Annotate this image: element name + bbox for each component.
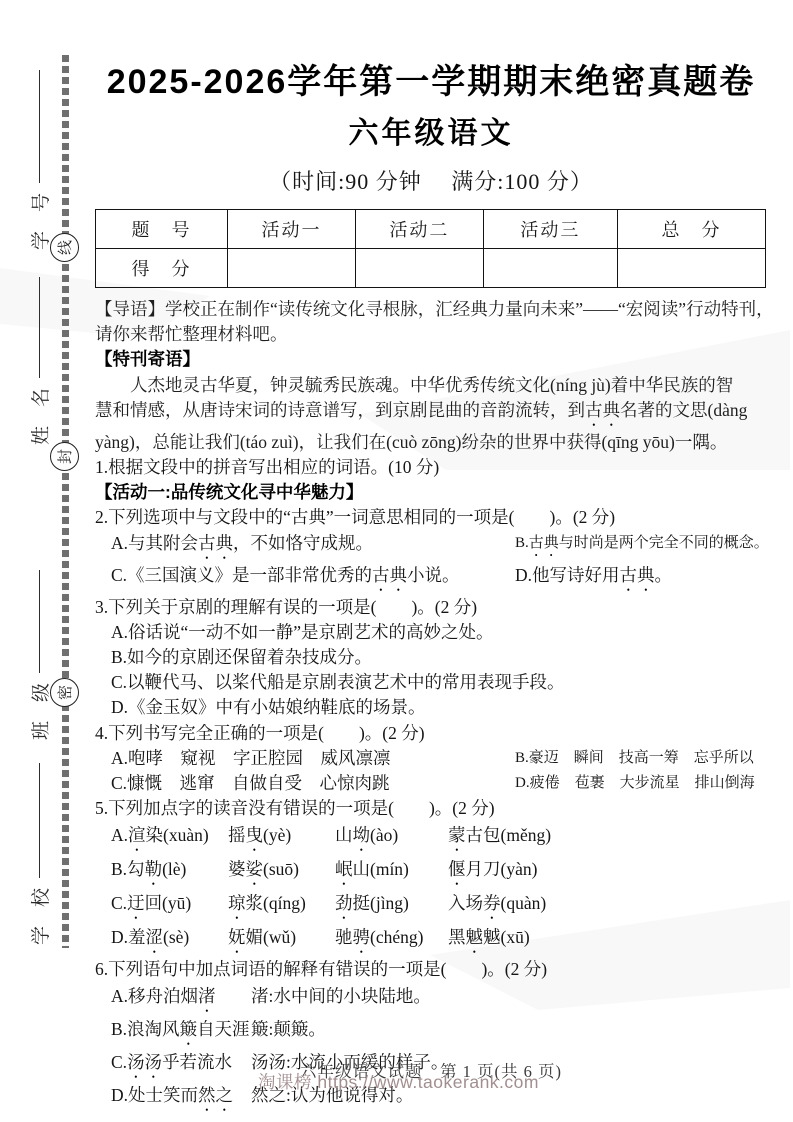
option-cell: A.渲染(xuàn) <box>111 821 228 855</box>
emphasized-text: 偃 <box>448 859 466 879</box>
text-segment: 古包(měng) <box>466 825 552 845</box>
option-cell: 簸:颠簸。 <box>251 1016 767 1049</box>
option-line: C.慷慨 逃窜 自做自受 心惊肉跳D.疲倦 苞裹 大步流星 排山倒海 <box>95 771 767 796</box>
activity-heading: 【活动一:品传统文化寻中华魅力】 <box>95 480 767 505</box>
emphasized-text: 簸 <box>180 1019 198 1039</box>
option-cell: 岷山(mín) <box>335 855 448 889</box>
text-segment: 簸:颠簸。 <box>251 1019 326 1039</box>
seal-char: 线 <box>54 240 75 255</box>
text-segment: 小说。 <box>407 565 460 585</box>
text-segment: 2.下列选项中与文段中的“古典”一词意思相同的一项是( )。(2 分) <box>95 507 615 527</box>
emphasized-text: 岷 <box>335 859 353 879</box>
option-line: D.《金玉奴》中有小姑娘纳鞋底的场景。 <box>95 695 767 720</box>
text-segment: 婆 <box>228 859 246 879</box>
option-cell: 黑魆魆(xū) <box>448 923 767 957</box>
margin-label-text: 学 号 <box>26 193 53 250</box>
option-line: B.勾勒(lè)婆娑(suō)岷山(mín)偃月刀(yàn) <box>95 855 767 889</box>
text-segment: A. <box>111 825 128 845</box>
option-cell: 偃月刀(yàn) <box>448 855 767 889</box>
text-segment: D.疲倦 苞裹 大步流星 排山倒海 <box>515 775 755 791</box>
text-segment: B. <box>515 535 529 551</box>
text-segment: 挺(jìng) <box>353 893 409 913</box>
option-cell: A.与其附会古典，不如恪守成规。 <box>111 531 515 563</box>
text-segment: (yè) <box>263 825 291 845</box>
text-segment: 4.下列书写完全正确的一项是( )。(2 分) <box>95 723 425 743</box>
emphasized-text: 渲 <box>128 825 146 845</box>
score-table-header-cell: 活动一 <box>227 210 355 249</box>
text-segment: D.他写诗好用 <box>515 565 620 585</box>
fill-in-line <box>39 763 40 878</box>
paper-body: 2025-2026学年第一学期期末绝密真题卷 六年级语文 （时间:90 分钟 满… <box>95 60 767 1115</box>
option-cell: D.羞涩(sè) <box>111 923 228 957</box>
text-segment: (chéng) <box>370 927 423 947</box>
text-segment: ，不如恪守成规。 <box>233 533 373 553</box>
text-segment: (ào) <box>370 825 398 845</box>
text-segment: 慧和情感，从唐诗宋词的诗意谱写，到京剧昆曲的音韵流转，到 <box>95 400 585 420</box>
text-segment: A.咆哮 窥视 字正腔园 威风凛凛 <box>111 748 391 768</box>
option-cell: 渚:水中间的小块陆地。 <box>251 983 767 1016</box>
text-segment: 染(xuàn) <box>146 825 209 845</box>
option-cell: 琼浆(qíng) <box>228 889 335 923</box>
text-segment: C.《三国演义》是一部非常优秀的 <box>111 565 372 585</box>
seal-stamp-mi: 密 <box>50 678 79 707</box>
text-segment: 6.下列语句中加点词语的解释有错误的一项是( )。(2 分) <box>95 959 547 979</box>
option-cell: C.迂回(yū) <box>111 889 228 923</box>
question-stem: 1.根据文段中的拼音写出相应的词语。(10 分) <box>95 455 767 480</box>
option-cell: 入场券(quàn) <box>448 889 767 923</box>
text-segment: 黑 <box>448 927 466 947</box>
text-segment: 山(mín) <box>353 859 409 879</box>
question-stem: 6.下列语句中加点词语的解释有错误的一项是( )。(2 分) <box>95 957 767 982</box>
emphasized-text: 然之 <box>198 1085 233 1105</box>
option-cell: 妩媚(wǔ) <box>228 923 335 957</box>
text-segment: B.勾 <box>111 859 145 879</box>
text-segment: 回(yū) <box>145 893 192 913</box>
emphasized-text: 坳 <box>353 825 371 845</box>
text-segment: 请你来帮忙整理材料吧。 <box>95 324 288 344</box>
text-segment: (suō) <box>263 859 299 879</box>
text-segment: 1.根据文段中的拼音写出相应的词语。(10 分) <box>95 457 439 477</box>
option-line: C.迂回(yū)琼浆(qíng)劲挺(jìng)入场券(quàn) <box>95 889 767 923</box>
option-cell: 驰骋(chéng) <box>335 923 448 957</box>
option-line: A.咆哮 窥视 字正腔园 威风凛凛B.豪迈 瞬间 技高一筹 忘乎所以 <box>95 746 767 771</box>
text-segment: B.豪迈 瞬间 技高一筹 忘乎所以 <box>515 750 754 766</box>
section-heading: 【特刊寄语】 <box>95 347 767 372</box>
emphasized-text: 涩 <box>146 927 164 947</box>
text-segment: yàng)，总能让我们(táo zuì)，让我们在(cuò zōng)纷杂的世界… <box>95 432 727 452</box>
text-segment: D.《金玉奴》中有小姑娘纳鞋底的场景。 <box>111 697 426 717</box>
intro-line: 【导语】学校正在制作“读传统文化寻根脉，汇经典力量向未来”——“宏阅读”行动特刊… <box>95 297 767 322</box>
option-cell: B.豪迈 瞬间 技高一筹 忘乎所以 <box>515 746 767 771</box>
margin-label-name: 姓 名 <box>26 277 52 445</box>
option-cell: 山坳(ào) <box>335 821 448 855</box>
text-segment: (quàn) <box>501 893 547 913</box>
exam-page: 学 号 姓 名 班 级 学 校 线 封 密 2025-2026学年第一学期期末绝… <box>0 0 793 1122</box>
emphasized-text: 古典 <box>620 565 655 585</box>
fill-in-line <box>39 277 40 378</box>
intro-line: 请你来帮忙整理材料吧。 <box>95 322 767 347</box>
option-cell: B.勾勒(lè) <box>111 855 228 889</box>
option-line: C.以鞭代马、以桨代船是京剧表演艺术中的常用表现手段。 <box>95 670 767 695</box>
emphasized-text: 古典 <box>372 565 407 585</box>
option-cell: 蒙古包(měng) <box>448 821 767 855</box>
text-segment: 摇 <box>228 825 246 845</box>
score-table: 题 号活动一活动二活动三总 分得 分 <box>95 209 766 288</box>
option-cell: 婆娑(suō) <box>228 855 335 889</box>
score-cell-empty <box>483 249 617 288</box>
emphasized-text: 骋 <box>353 927 371 947</box>
option-cell: A.移舟泊烟渚 <box>111 983 251 1016</box>
paper-meta: （时间:90 分钟 满分:100 分） <box>95 167 767 197</box>
text-segment: A.移舟泊烟 <box>111 986 198 1006</box>
score-cell-empty <box>617 249 765 288</box>
emphasized-text: 古典 <box>585 400 620 420</box>
text-segment: C.慷慨 逃窜 自做自受 心惊肉跳 <box>111 773 390 793</box>
emphasized-text: 蒙 <box>448 825 466 845</box>
emphasized-text: 娑 <box>246 859 264 879</box>
site-watermark: 淘课榜 https://www.taokerank.com <box>258 1069 539 1094</box>
text-segment: 月刀(yàn) <box>466 859 538 879</box>
seal-stamp-feng: 封 <box>50 442 79 471</box>
text-segment: A.俗话说“一动不如一静”是京剧艺术的高妙之处。 <box>111 622 494 642</box>
option-cell: 摇曳(yè) <box>228 821 335 855</box>
fill-in-line <box>39 570 40 673</box>
text-segment: 【特刊寄语】 <box>95 349 200 369</box>
emphasized-text: 古典 <box>198 533 233 553</box>
margin-label-text: 班 级 <box>26 683 53 740</box>
option-line: A.俗话说“一动不如一静”是京剧艺术的高妙之处。 <box>95 620 767 645</box>
option-line: B.如今的京剧还保留着杂技成分。 <box>95 645 767 670</box>
text-segment: D.处士笑而 <box>111 1085 198 1105</box>
passage-line: 慧和情感，从唐诗宋词的诗意谱写，到京剧昆曲的音韵流转，到古典名著的文思(dàng <box>95 398 767 430</box>
question-stem: 2.下列选项中与文段中的“古典”一词意思相同的一项是( )。(2 分) <box>95 505 767 530</box>
passage-line: 人杰地灵古华夏，钟灵毓秀民族魂。中华优秀传统文化(níng jù)着中华民族的智 <box>95 373 767 398</box>
text-segment: 自天涯 <box>197 1019 250 1039</box>
margin-label-student-id: 学 号 <box>26 70 52 250</box>
text-segment: 入场 <box>448 893 483 913</box>
emphasized-text: 古典 <box>529 535 559 551</box>
option-line: C.《三国演义》是一部非常优秀的古典小说。D.他写诗好用古典。 <box>95 563 767 595</box>
text-segment: 【导语】学校正在制作“读传统文化寻根脉，汇经典力量向未来”——“宏阅读”行动特刊… <box>95 299 774 319</box>
question-content: 【导语】学校正在制作“读传统文化寻根脉，汇经典力量向未来”——“宏阅读”行动特刊… <box>95 297 767 1115</box>
text-segment: B.如今的京剧还保留着杂技成分。 <box>111 647 372 667</box>
option-line: B.浪淘风簸自天涯簸:颠簸。 <box>95 1016 767 1049</box>
text-segment: 山 <box>335 825 353 845</box>
score-table-header-cell: 活动三 <box>483 210 617 249</box>
option-line: A.移舟泊烟渚渚:水中间的小块陆地。 <box>95 983 767 1016</box>
text-segment: 人杰地灵古华夏，钟灵毓秀民族魂。中华优秀传统文化(níng jù)着中华民族的智 <box>95 375 733 395</box>
seal-char: 封 <box>54 449 75 464</box>
text-segment: 5.下列加点字的读音没有错误的一项是( )。(2 分) <box>95 798 495 818</box>
option-cell: C.慷慨 逃窜 自做自受 心惊肉跳 <box>111 771 515 796</box>
option-cell: D.处士笑而然之 <box>111 1082 251 1115</box>
score-cell-empty <box>355 249 483 288</box>
emphasized-text: 妩 <box>228 927 246 947</box>
passage-line: yàng)，总能让我们(táo zuì)，让我们在(cuò zōng)纷杂的世界… <box>95 430 767 455</box>
question-stem: 5.下列加点字的读音没有错误的一项是( )。(2 分) <box>95 796 767 821</box>
option-cell: B.古典与时尚是两个完全不同的概念。 <box>515 531 769 563</box>
option-cell: D.疲倦 苞裹 大步流星 排山倒海 <box>515 771 767 796</box>
text-segment: 媚(wǔ) <box>246 927 297 947</box>
emphasized-text: 渚 <box>198 986 216 1006</box>
text-segment: (sè) <box>163 927 189 947</box>
question-stem: 4.下列书写完全正确的一项是( )。(2 分) <box>95 721 767 746</box>
text-segment: (lè) <box>162 859 186 879</box>
score-row-label: 得 分 <box>96 249 228 288</box>
emphasized-text: 券 <box>483 893 501 913</box>
emphasized-text: 曳 <box>246 825 264 845</box>
score-table-header-cell: 活动二 <box>355 210 483 249</box>
option-cell: D.他写诗好用古典。 <box>515 563 767 595</box>
score-table-header-cell: 总 分 <box>617 210 765 249</box>
text-segment: B.浪淘风 <box>111 1019 180 1039</box>
score-table-body: 题 号活动一活动二活动三总 分得 分 <box>96 210 766 288</box>
option-line: D.羞涩(sè)妩媚(wǔ)驰骋(chéng)黑魆魆(xū) <box>95 923 767 957</box>
text-segment: 驰 <box>335 927 353 947</box>
option-line: A.与其附会古典，不如恪守成规。B.古典与时尚是两个完全不同的概念。 <box>95 531 767 563</box>
text-segment: 名著的文思(dàng <box>620 400 747 420</box>
paper-subtitle: 六年级语文 <box>95 114 767 154</box>
text-segment: C. <box>111 893 127 913</box>
margin-label-school: 学 校 <box>26 763 52 945</box>
emphasized-text: 琼 <box>228 893 246 913</box>
fill-in-line <box>39 70 40 183</box>
score-cell-empty <box>227 249 355 288</box>
option-cell: 劲挺(jìng) <box>335 889 448 923</box>
emphasized-text: 魆 <box>466 927 484 947</box>
option-cell: A.咆哮 窥视 字正腔园 威风凛凛 <box>111 746 515 771</box>
emphasized-text: 劲 <box>335 893 353 913</box>
option-cell: B.浪淘风簸自天涯 <box>111 1016 251 1049</box>
question-stem: 3.下列关于京剧的理解有误的一项是( )。(2 分) <box>95 595 767 620</box>
text-segment: 魆(xū) <box>483 927 530 947</box>
score-table-header-cell: 题 号 <box>96 210 228 249</box>
paper-title: 2025-2026学年第一学期期末绝密真题卷 <box>95 60 767 104</box>
margin-label-text: 姓 名 <box>26 388 53 445</box>
emphasized-text: 迂 <box>127 893 145 913</box>
text-segment: 3.下列关于京剧的理解有误的一项是( )。(2 分) <box>95 597 477 617</box>
text-segment: A.与其附会 <box>111 533 198 553</box>
text-segment: 【活动一:品传统文化寻中华魅力】 <box>95 482 363 502</box>
text-segment: 浆(qíng) <box>246 893 306 913</box>
margin-label-class: 班 级 <box>26 570 52 740</box>
seal-dashed-line <box>62 55 69 948</box>
text-segment: 。 <box>655 565 673 585</box>
seal-char: 密 <box>54 685 75 700</box>
text-segment: C.以鞭代马、以桨代船是京剧表演艺术中的常用表现手段。 <box>111 672 565 692</box>
margin-label-text: 学 校 <box>26 888 53 945</box>
option-cell: C.《三国演义》是一部非常优秀的古典小说。 <box>111 563 515 595</box>
text-segment: 渚:水中间的小块陆地。 <box>251 986 431 1006</box>
seal-stamp-xian: 线 <box>50 233 79 262</box>
text-segment: 与时尚是两个完全不同的概念。 <box>559 535 769 551</box>
option-line: A.渲染(xuàn)摇曳(yè)山坳(ào)蒙古包(měng) <box>95 821 767 855</box>
emphasized-text: 勒 <box>145 859 163 879</box>
text-segment: D.羞 <box>111 927 146 947</box>
